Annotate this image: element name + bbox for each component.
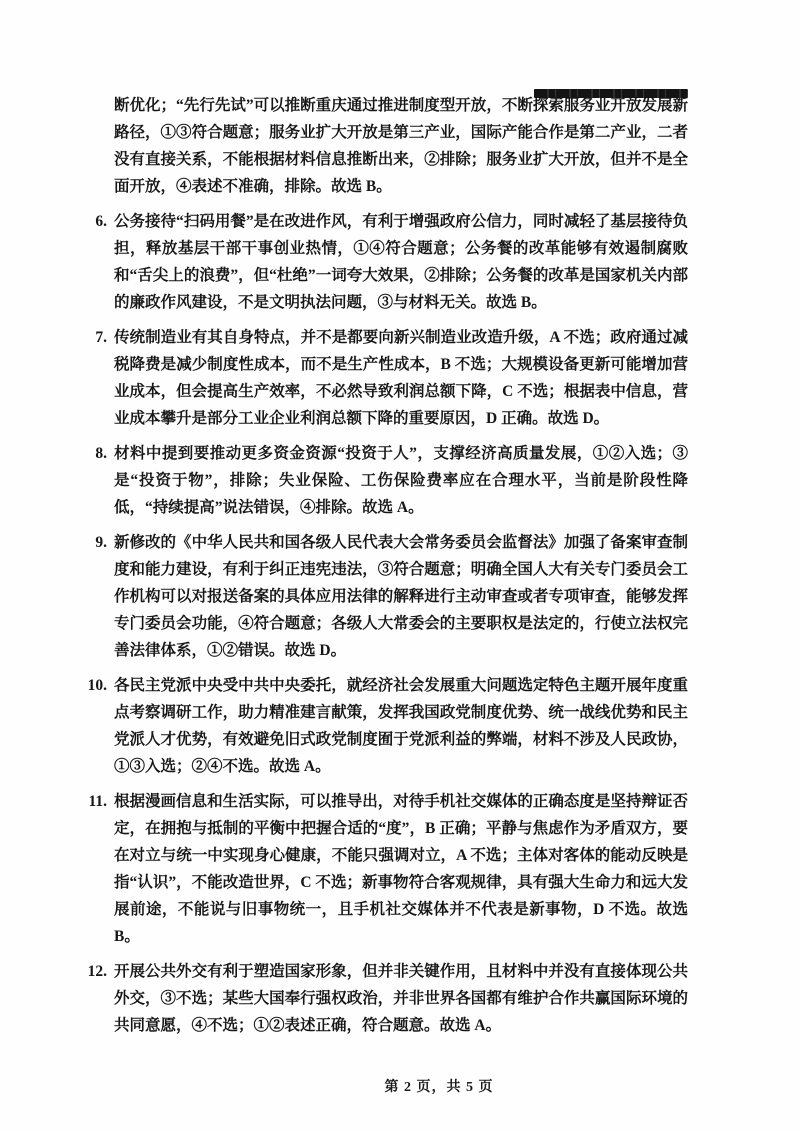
answer-item-12: 12. 开展公共外交有利于塑造国家形象，但并非关键作用，且材料中并没有直接体现公…: [114, 958, 688, 1039]
answer-item-10: 10. 各民主党派中央受中共中央委托，就经济社会发展重大问题选定特色主题开展年度…: [114, 672, 688, 780]
item-text: 传统制造业有其自身特点，并不是都要向新兴制造业改造升级，A 不选；政府通过减税降…: [114, 324, 688, 432]
document-page: 断优化；“先行先试”可以推断重庆通过推进制度型开放，不断探索服务业开放发展新路径…: [0, 0, 800, 1131]
item-number: 11.: [88, 788, 107, 815]
item-text: 新修改的《中华人民共和国各级人民代表大会常务委员会监督法》加强了备案审查制度和能…: [114, 529, 688, 664]
item-text: 公务接待“扫码用餐”是在改进作风，有利于增强政府公信力，同时减轻了基层接待负担，…: [114, 208, 688, 316]
item-text: 开展公共外交有利于塑造国家形象，但并非关键作用，且材料中并没有直接体现公共外交，…: [114, 958, 688, 1039]
item-number: 10.: [88, 672, 107, 699]
answer-item-9: 9. 新修改的《中华人民共和国各级人民代表大会常务委员会监督法》加强了备案审查制…: [114, 529, 688, 664]
answer-item-11: 11. 根据漫画信息和生活实际，可以推导出，对待手机社交媒体的正确态度是坚持辩证…: [114, 788, 688, 950]
answer-item-6: 6. 公务接待“扫码用餐”是在改进作风，有利于增强政府公信力，同时减轻了基层接待…: [114, 208, 688, 316]
continuation-paragraph: 断优化；“先行先试”可以推断重庆通过推进制度型开放，不断探索服务业开放发展新路径…: [114, 92, 688, 200]
item-number: 6.: [95, 208, 107, 235]
page-footer: 第 2 页，共 5 页: [0, 1076, 800, 1096]
item-text: 各民主党派中央受中共中央委托，就经济社会发展重大问题选定特色主题开展年度重点考察…: [114, 672, 688, 780]
item-number: 9.: [95, 529, 107, 556]
item-number: 12.: [88, 958, 107, 985]
answer-item-7: 7. 传统制造业有其自身特点，并不是都要向新兴制造业改造升级，A 不选；政府通过…: [114, 324, 688, 432]
answer-item-8: 8. 材料中提到要推动更多资金资源“投资于人”，支撑经济高质量发展，①②入选；③…: [114, 440, 688, 521]
item-text: 根据漫画信息和生活实际，可以推导出，对待手机社交媒体的正确态度是坚持辩证否定，在…: [114, 788, 688, 950]
answer-explanations: 断优化；“先行先试”可以推断重庆通过推进制度型开放，不断探索服务业开放发展新路径…: [114, 92, 688, 1047]
item-text: 材料中提到要推动更多资金资源“投资于人”，支撑经济高质量发展，①②入选；③是“投…: [114, 440, 688, 521]
item-number: 8.: [95, 440, 107, 467]
item-number: 7.: [95, 324, 107, 351]
